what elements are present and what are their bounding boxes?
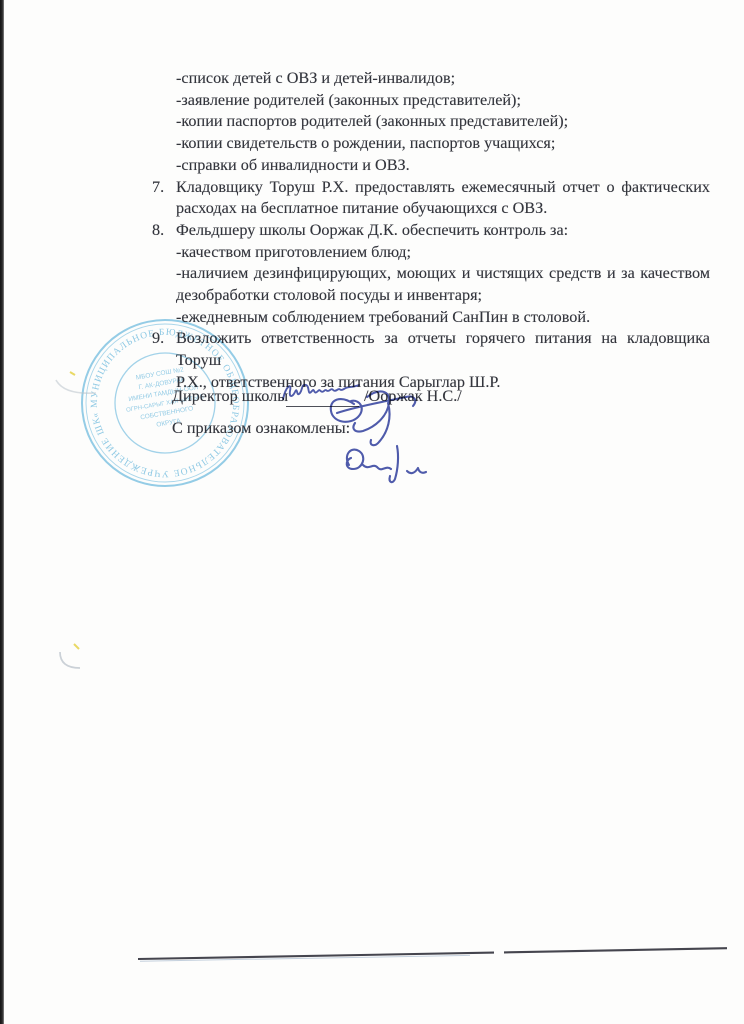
document-line: -наличием дезинфицирующих, моющих и чист… — [176, 263, 710, 285]
numbered-item-8: 8.Фельдшеру школы Ооржак Д.К. обеспечить… — [176, 220, 710, 242]
document-line: Фельдшеру школы Ооржак Д.К. обеспечить к… — [176, 221, 568, 239]
scan-smudge-mark — [46, 352, 116, 407]
document-line: -качеством приготовлением блюд; — [176, 242, 710, 264]
document-line: дезобработки столовой посуды и инвентаря… — [176, 285, 710, 307]
document-line: -копии свидетельств о рождении, паспорто… — [176, 133, 710, 155]
handwritten-signatures — [278, 372, 443, 490]
numbered-item-7: 7.Кладовщику Торуш Р.Х. предоставлять еж… — [176, 177, 710, 199]
acknowledged-signature-1 — [331, 391, 415, 445]
document-line: расходах на бесплатное питание обучающих… — [176, 198, 710, 220]
scan-smudge-mark — [48, 630, 118, 685]
document-line: -заявление родителей (законных представи… — [176, 90, 710, 112]
item-number: 8. — [152, 220, 164, 242]
director-signature — [283, 385, 359, 399]
document-line: -список детей с ОВЗ и детей-инвалидов; — [176, 68, 710, 90]
acknowledged-signature-2 — [347, 446, 426, 482]
item-number: 7. — [152, 177, 164, 199]
document-line: Кладовщику Торуш Р.Х. предоставлять ежем… — [176, 178, 710, 196]
document-line: -копии паспортов родителей (законных пре… — [176, 111, 710, 133]
bottom-horizontal-rule — [0, 938, 744, 968]
director-label: Директор школы — [172, 387, 288, 406]
document-line: -справки об инвалидности и ОВЗ. — [176, 155, 710, 177]
